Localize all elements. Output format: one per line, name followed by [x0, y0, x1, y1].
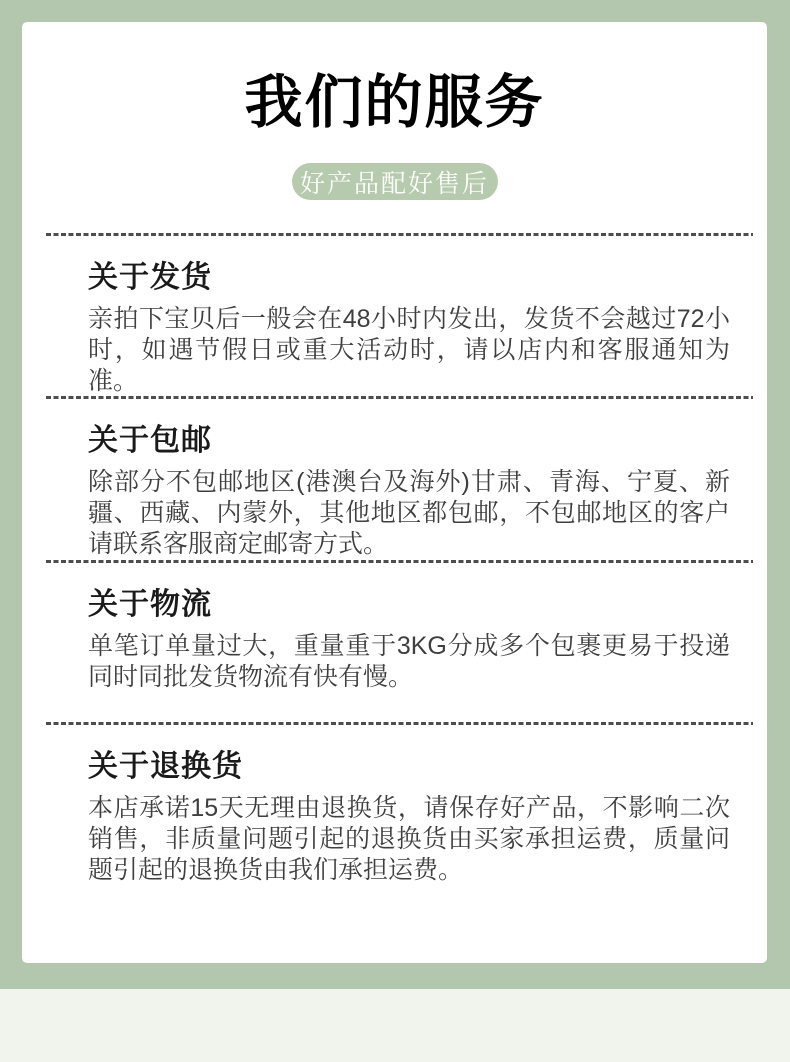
section-content: 关于发货 亲拍下宝贝后一般会在48小时内发出，发货不会越过72小时，如遇节假日或…	[22, 261, 767, 396]
section-heading-free-shipping: 关于包邮	[88, 424, 730, 458]
section-free-shipping: 关于包邮 除部分不包邮地区(港澳台及海外)甘肃、青海、宁夏、新疆、西藏、内蒙外，…	[22, 396, 767, 560]
dashed-divider	[46, 722, 753, 725]
page-title: 我们的服务	[22, 22, 767, 140]
section-body-free-shipping: 除部分不包邮地区(港澳台及海外)甘肃、青海、宁夏、新疆、西藏、内蒙外，其他地区都…	[88, 467, 730, 560]
section-heading-shipping: 关于发货	[88, 261, 730, 295]
subtitle-badge: 好产品配好售后	[292, 163, 498, 200]
section-body-shipping: 亲拍下宝贝后一般会在48小时内发出，发货不会越过72小时，如遇节假日或重大活动时…	[88, 304, 730, 396]
section-returns: 关于退换货 本店承诺15天无理由退换货，请保存好产品，不影响二次销售，非质量问题…	[22, 722, 767, 963]
section-body-returns: 本店承诺15天无理由退换货，请保存好产品，不影响二次销售，非质量问题引起的退换货…	[88, 793, 730, 886]
dashed-divider	[46, 396, 753, 399]
service-card: 我们的服务 好产品配好售后 关于发货 亲拍下宝贝后一般会在48小时内发出，发货不…	[22, 22, 767, 963]
bottom-background-strip	[0, 989, 790, 1062]
dashed-divider	[46, 233, 753, 236]
section-heading-logistics: 关于物流	[88, 588, 730, 622]
section-body-logistics: 单笔订单量过大，重量重于3KG分成多个包裹更易于投递同时同批发货物流有快有慢。	[88, 631, 730, 693]
section-content: 关于包邮 除部分不包邮地区(港澳台及海外)甘肃、青海、宁夏、新疆、西藏、内蒙外，…	[22, 424, 767, 560]
section-content: 关于物流 单笔订单量过大，重量重于3KG分成多个包裹更易于投递同时同批发货物流有…	[22, 588, 767, 693]
service-info-page: 我们的服务 好产品配好售后 关于发货 亲拍下宝贝后一般会在48小时内发出，发货不…	[0, 0, 790, 1062]
dashed-divider	[46, 560, 753, 563]
card-header: 我们的服务 好产品配好售后	[22, 22, 767, 233]
section-content: 关于退换货 本店承诺15天无理由退换货，请保存好产品，不影响二次销售，非质量问题…	[22, 750, 767, 886]
green-frame: 我们的服务 好产品配好售后 关于发货 亲拍下宝贝后一般会在48小时内发出，发货不…	[0, 0, 790, 989]
section-heading-returns: 关于退换货	[88, 750, 730, 784]
section-shipping: 关于发货 亲拍下宝贝后一般会在48小时内发出，发货不会越过72小时，如遇节假日或…	[22, 233, 767, 396]
section-logistics: 关于物流 单笔订单量过大，重量重于3KG分成多个包裹更易于投递同时同批发货物流有…	[22, 560, 767, 722]
